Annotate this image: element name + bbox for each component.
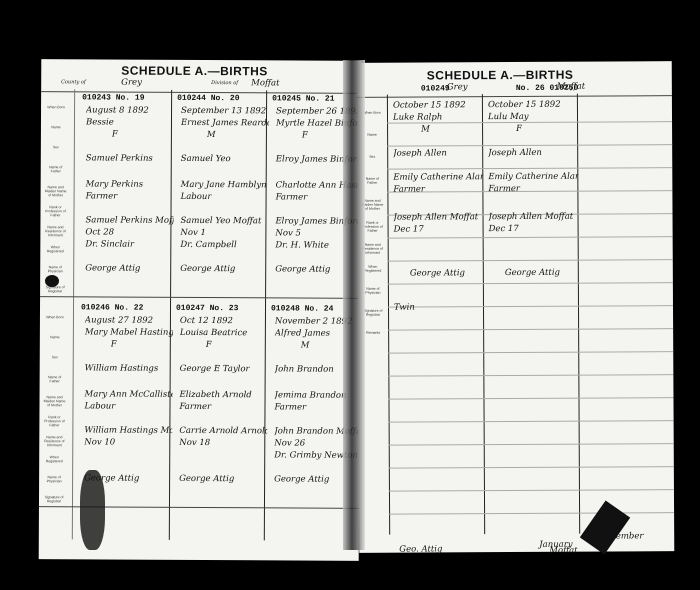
ruled-line xyxy=(388,397,673,399)
entry-registered: Nov 5 xyxy=(275,228,301,238)
footer-place: Moffat xyxy=(549,546,577,556)
entry-name: Ernest James Reardon Yeo xyxy=(181,118,269,128)
division-value: Moffat xyxy=(251,78,279,88)
entry-father: Joseph Allen xyxy=(488,148,542,158)
entry-registrar: George Attig xyxy=(274,474,329,484)
shadow-smudge xyxy=(80,470,105,550)
row-label: Name xyxy=(45,125,67,129)
entry-mother: Mary Perkins xyxy=(86,179,144,189)
row-label: When Registered xyxy=(43,455,65,463)
row-label: When Born xyxy=(45,105,67,109)
row-label: Name of Physician xyxy=(44,265,66,273)
row-label: Sex xyxy=(44,355,66,359)
entry-registrar: George Attig xyxy=(180,264,235,274)
entry-rank: Farmer xyxy=(393,184,425,194)
entry-sex: F xyxy=(111,340,117,350)
column-rule xyxy=(169,90,172,540)
entry-mother: Mary Ann McCallister xyxy=(85,389,173,399)
row-label: Name and Maiden Name of Mother xyxy=(45,185,67,197)
right-register-grid: When BornNameSexName of FatherName and M… xyxy=(357,61,672,63)
entry-when-born: October 15 1892 xyxy=(488,100,561,110)
row-label: Signature of Registrar xyxy=(362,309,384,317)
county-label: County of xyxy=(61,79,86,85)
entry-registrar: George Attig xyxy=(410,268,465,278)
entry-when-born: August 8 1892 xyxy=(86,105,149,115)
entry-name: Luke Ralph xyxy=(393,112,442,122)
row-label: Name and Maiden Name of Mother xyxy=(43,395,65,407)
ruled-line xyxy=(388,305,673,307)
registration-number: 010243 No. 19 xyxy=(82,93,144,102)
ruled-line xyxy=(388,236,673,238)
entry-father: George E Taylor xyxy=(180,364,250,374)
entry-father: Samuel Perkins xyxy=(86,153,153,163)
left-heading: SCHEDULE A.—BIRTHS xyxy=(121,64,268,79)
registration-number: 010245 No. 21 xyxy=(272,94,334,103)
registration-number: 010248 No. 24 xyxy=(271,304,333,313)
entry-when-born: November 2 1892 xyxy=(275,316,352,326)
ruled-line xyxy=(387,190,672,192)
entry-mother: Emily Catherine Alar xyxy=(488,172,578,182)
entry-mother: Emily Catherine Alar xyxy=(393,172,483,182)
registration-number: 010244 No. 20 xyxy=(177,94,239,103)
entry-rank: Labour xyxy=(181,192,212,202)
row-label: Rank or Profession of Father xyxy=(43,415,65,427)
ruled-line xyxy=(389,420,674,422)
entry-sex: F xyxy=(206,340,212,350)
right-page: SCHEDULE A.—BIRTHS Grey Moffat When Born… xyxy=(357,61,675,553)
row-label: When Registered xyxy=(362,265,384,273)
ruled-line xyxy=(388,282,673,284)
entry-rank: Farmer xyxy=(274,402,306,412)
book-spine xyxy=(343,60,365,550)
row-label: Name of Physician xyxy=(43,475,65,483)
registration-number: No. 26 010250 xyxy=(516,84,578,93)
ruled-line xyxy=(388,374,673,376)
row-label: Rank or Profession of Father xyxy=(44,205,66,217)
entry-physician: Dr. Campbell xyxy=(180,240,236,250)
entry-mother: Elizabeth Arnold xyxy=(180,390,252,400)
rule xyxy=(357,95,672,98)
entry-physician: Dr. Sinclair xyxy=(85,239,134,249)
registration-number: 010247 No. 23 xyxy=(176,304,238,313)
entry-informant: Samuel Perkins Moffat xyxy=(85,215,173,225)
row-label: Remarks xyxy=(362,331,384,335)
ruled-line xyxy=(387,144,672,146)
entry-name: Bessie xyxy=(86,117,114,127)
row-label: Name and Residence of Informant xyxy=(44,225,66,237)
column-rule xyxy=(264,90,267,540)
entry-physician: Dr. H. White xyxy=(275,240,329,250)
ruled-line xyxy=(389,466,674,468)
right-heading: SCHEDULE A.—BIRTHS xyxy=(427,68,574,83)
ink-blot xyxy=(45,275,59,287)
entry-registered: Nov 26 xyxy=(274,438,305,448)
entry-when-born: August 27 1892 xyxy=(85,315,153,325)
ruled-line xyxy=(389,512,674,514)
ruled-line xyxy=(388,351,673,353)
ruled-line xyxy=(389,489,674,491)
row-label: Name of Father xyxy=(44,375,66,383)
ruled-line xyxy=(389,443,674,445)
entry-when-born: September 13 1892 xyxy=(181,106,266,116)
entry-sex: F xyxy=(302,131,308,141)
entry-sex: M xyxy=(301,341,310,351)
entry-informant: Joseph Allen Moffat xyxy=(394,212,479,222)
entry-father: William Hastings xyxy=(85,363,159,373)
entry-remarks: Twin xyxy=(394,303,415,313)
entry-registered: Oct 28 xyxy=(85,227,114,237)
entry-rank: Farmer xyxy=(276,192,308,202)
entry-informant: Carrie Arnold Arnold xyxy=(179,426,267,436)
row-label: Name xyxy=(44,335,66,339)
entry-registrar: George Attig xyxy=(505,268,560,278)
ruled-line xyxy=(388,328,673,330)
entry-registered: Nov 10 xyxy=(84,437,115,447)
entry-name: Louisa Beatrice xyxy=(180,328,247,338)
entry-registered: Dec 17 xyxy=(394,224,424,234)
county-value: Grey xyxy=(121,78,142,88)
row-label: Signature of Registrar xyxy=(43,495,65,503)
entry-name: Lulu May xyxy=(488,112,529,122)
entry-registrar: George Attig xyxy=(179,474,234,484)
row-label: Name of Father xyxy=(45,165,67,173)
entry-father: Joseph Allen xyxy=(393,148,447,158)
entry-registered: Dec 17 xyxy=(489,224,519,234)
registration-number: 010249 xyxy=(421,84,450,93)
entry-when-born: October 15 1892 xyxy=(393,100,466,110)
entry-rank: Farmer xyxy=(86,191,118,201)
row-label: Name and Residence of Informant xyxy=(43,435,65,447)
entry-father: John Brandon xyxy=(275,364,334,374)
right-county-value: Grey xyxy=(447,82,468,92)
division-label: Division of xyxy=(211,80,238,86)
entry-registered: Nov 18 xyxy=(179,438,210,448)
entry-name: Alfred James xyxy=(275,328,330,338)
row-label: When Registered xyxy=(44,245,66,253)
entry-father: Samuel Yeo xyxy=(181,154,231,164)
left-register-grid: When BornNameSexName of FatherName and M… xyxy=(41,59,361,61)
entry-sex: M xyxy=(421,124,430,134)
ruled-line xyxy=(388,259,673,261)
footer-registrar: Geo. Attig xyxy=(399,544,442,554)
entry-rank: Farmer xyxy=(179,402,211,412)
entry-informant: Samuel Yeo Moffat xyxy=(180,216,261,226)
registration-number: 010246 No. 22 xyxy=(81,303,143,312)
row-label: Sex xyxy=(45,145,67,149)
entry-mother: Jemima Brandon xyxy=(275,390,347,400)
entry-name: Mary Mabel Hastings xyxy=(85,327,173,337)
entry-sex: F xyxy=(112,130,118,140)
entry-sex: M xyxy=(207,130,216,140)
row-label: Name of Physician xyxy=(362,287,384,295)
entry-rank: Labour xyxy=(84,401,115,411)
entry-informant: Joseph Allen Moffat xyxy=(489,212,574,222)
row-label: Signature of Registrar xyxy=(44,285,66,293)
entry-informant: William Hastings Moffat xyxy=(84,425,172,435)
entry-registered: Nov 1 xyxy=(180,228,206,238)
ruled-line xyxy=(387,167,672,169)
entry-registrar: George Attig xyxy=(275,264,330,274)
entry-registrar: George Attig xyxy=(85,263,140,273)
block-rule xyxy=(40,296,360,299)
entry-rank: Farmer xyxy=(488,184,520,194)
label-column-rule xyxy=(72,89,75,539)
entry-when-born: Oct 12 1892 xyxy=(180,316,233,326)
row-label: When Born xyxy=(44,315,66,319)
entry-sex: F xyxy=(516,124,522,134)
entry-mother: Mary Jane Hamblyn xyxy=(181,180,267,190)
